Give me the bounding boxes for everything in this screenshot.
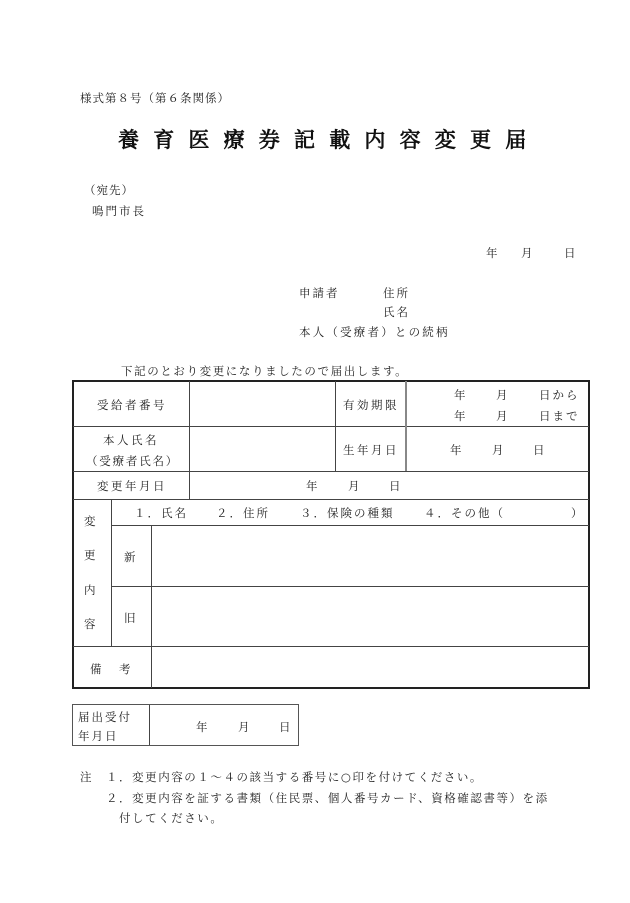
col-divider: [405, 381, 407, 471]
validity-from-year: 年: [454, 387, 466, 403]
row-divider: [73, 499, 589, 500]
applicant-address-label: 住所: [383, 285, 410, 301]
new-content-field[interactable]: [152, 526, 588, 586]
validity-to-month: 月: [496, 408, 508, 424]
addressee-name: 鳴門市長: [92, 203, 146, 219]
applicant-relation-label: 本人（受療者）との続柄: [299, 324, 450, 340]
col-divider: [189, 381, 190, 499]
intro-text: 下記のとおり変更になりましたので届出します。: [121, 363, 408, 379]
form-number: 様式第８号（第６条関係）: [80, 90, 230, 106]
birth-year-label: 年: [450, 442, 462, 458]
change-content-label-char: 容: [84, 616, 98, 632]
birth-day-label: 日: [533, 442, 545, 458]
person-name-field[interactable]: [191, 427, 334, 471]
new-label: 新: [124, 549, 138, 565]
remarks-label-1: 備: [90, 661, 104, 677]
receipt-date-box: 届出受付 年月日 年 月 日: [72, 704, 299, 746]
recipient-number-label: 受給者番号: [97, 397, 167, 413]
receipt-day-label: 日: [279, 719, 291, 735]
receipt-month-label: 月: [238, 719, 250, 735]
old-label: 旧: [124, 610, 138, 626]
validity-from-month: 月: [496, 387, 508, 403]
birth-date-field[interactable]: 年 月 日: [408, 427, 588, 471]
receipt-label-2: 年月日: [78, 728, 119, 744]
note-item-1: １．変更内容の１～４の該当する番号に○印を付けてください。: [106, 769, 483, 785]
document-title: 養育医療券記載内容変更届: [118, 124, 540, 154]
change-day-label: 日: [389, 478, 401, 494]
change-content-label-char: 変: [84, 513, 98, 529]
receipt-date-field[interactable]: 年 月 日: [150, 705, 298, 745]
change-content-label-char: 更: [84, 547, 98, 563]
validity-to-day: 日まで: [539, 408, 580, 424]
receipt-year-label: 年: [196, 719, 208, 735]
change-year-label: 年: [306, 478, 318, 494]
birth-month-label: 月: [492, 442, 504, 458]
birth-date-label: 生年月日: [343, 442, 399, 458]
applicant-name-label: 氏名: [383, 304, 410, 320]
note-item-2-continued: 付してください。: [119, 810, 223, 826]
option-insurance-type[interactable]: ３．保険の種類: [300, 505, 395, 521]
applicant-label: 申請者: [299, 285, 340, 301]
validity-from-day: 日から: [539, 387, 580, 403]
note-item-2: ２．変更内容を証する書類（住民票、個人番号カード、資格確認書等）を添: [106, 790, 549, 806]
patient-name-label: （受療者氏名）: [86, 453, 179, 469]
submission-year-label: 年: [486, 245, 498, 261]
submission-day-label: 日: [564, 245, 576, 261]
table-border-bottom: [72, 687, 590, 689]
addressee-label: （宛先）: [84, 182, 134, 198]
change-content-label-char: 内: [84, 582, 98, 598]
col-divider: [335, 381, 336, 471]
change-date-field[interactable]: 年 月 日: [191, 472, 588, 499]
submission-month-label: 月: [521, 245, 533, 261]
validity-to-year: 年: [454, 408, 466, 424]
option-name[interactable]: １．氏名: [134, 505, 188, 521]
remarks-label-2: 考: [119, 661, 133, 677]
receipt-label-1: 届出受付: [78, 709, 132, 725]
old-content-field[interactable]: [152, 587, 588, 646]
validity-label: 有効期限: [343, 397, 399, 413]
person-name-label: 本人氏名: [103, 432, 159, 448]
validity-period-field[interactable]: 年 月 日から 年 月 日まで: [408, 382, 588, 426]
col-divider: [111, 499, 112, 646]
notes-prefix: 注: [80, 769, 92, 785]
option-other[interactable]: ４．その他（: [424, 505, 505, 521]
option-other-close-paren: ）: [571, 505, 585, 521]
change-month-label: 月: [348, 478, 360, 494]
remarks-field[interactable]: [152, 647, 588, 687]
recipient-number-field[interactable]: [191, 382, 334, 426]
option-address[interactable]: ２．住所: [216, 505, 270, 521]
change-date-label: 変更年月日: [97, 478, 167, 494]
